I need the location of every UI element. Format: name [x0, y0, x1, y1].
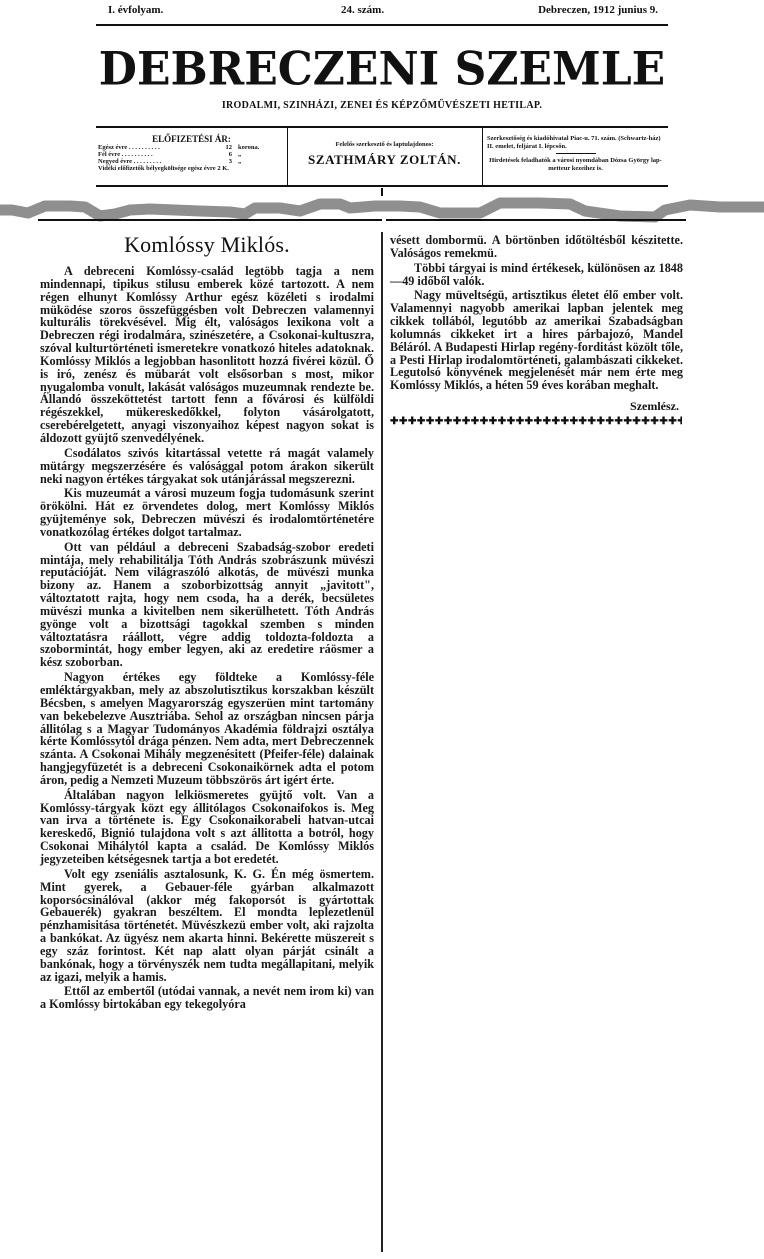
- ads-note: Hirdetések feladhatók a városi nyomdában…: [483, 157, 668, 172]
- article-paragraph: Ott van például a debreceni Szabadság-sz…: [40, 541, 374, 669]
- editor-box: Felelős szerkesztő és laptulajdonos: SZA…: [287, 128, 483, 185]
- subscription-title: ELŐFIZETÉSI ÁR:: [96, 134, 287, 144]
- editor-name: SZATHMÁRY ZOLTÁN.: [287, 152, 482, 168]
- column-rule-right: [386, 219, 686, 221]
- office-divider: [556, 153, 596, 154]
- article-paragraph: Kis muzeumát a városi muzeum fogja tudom…: [40, 487, 374, 538]
- subscription-box: ELŐFIZETÉSI ÁR: Egész évre . . . . . . .…: [96, 128, 288, 185]
- postage-note: Vidéki előfizetők bélyegköltsége egész é…: [96, 165, 287, 172]
- column-divider: [381, 232, 383, 1252]
- article-paragraph: Csodálatos szivós kitartással vetette rá…: [40, 447, 374, 486]
- office-box: Szerkesztőség és kiadóhivatal Piac-u. 71…: [483, 128, 668, 185]
- masthead-title: DEBRECZENI SZEMLE: [96, 45, 668, 95]
- article-paragraph: Volt egy zseniális asztalosunk, K. G. Én…: [40, 868, 374, 984]
- article-paragraph: vésett dombormü. A börtönben időtöltésbő…: [390, 234, 683, 260]
- header-rule: [96, 24, 668, 26]
- article-paragraph: Ettől az embertől (utódai vannak, a nevé…: [40, 985, 374, 1011]
- place-date: Debreczen, 1912 junius 9.: [538, 4, 658, 16]
- article-left-column: Komlóssy Miklós. A debreceni Komlóssy-cs…: [40, 232, 374, 1011]
- article-paragraph: Nagy müveltségü, artisztikus életet élő …: [390, 289, 683, 392]
- article-paragraph: Nagyon értékes egy földteke a Komlóssy-f…: [40, 671, 374, 787]
- article-paragraph: Többi tárgyai is mind értékesek, különös…: [390, 262, 683, 288]
- article-title: Komlóssy Miklós.: [40, 232, 374, 258]
- price-row: Negyed évre . . . . . . . . . 3 „: [96, 158, 287, 165]
- masthead-subtitle: IRODALMI, SZINHÁZI, ZENEI ÉS KÉPZŐMŰVÉSZ…: [96, 100, 668, 111]
- price-row: Egész évre . . . . . . . . . . 12 korona…: [96, 144, 287, 151]
- section-separator: ✚✚✚✚✚✚✚✚✚✚✚✚✚✚✚✚✚✚✚✚✚✚✚✚✚✚✚✚✚✚✚✚✚✚✚✚✚: [390, 416, 682, 427]
- article-paragraph: A debreceni Komlóssy-család legtöbb tagj…: [40, 265, 374, 445]
- info-box: ELŐFIZETÉSI ÁR: Egész évre . . . . . . .…: [96, 126, 668, 187]
- issue-number: 24. szám.: [341, 4, 384, 16]
- editor-label: Felelős szerkesztő és laptulajdonos:: [287, 141, 482, 148]
- article-paragraph: Általában nagyon lelkiösmeretes gyüjtő v…: [40, 789, 374, 866]
- office-address: Szerkesztőség és kiadóhivatal Piac-u. 71…: [483, 128, 668, 150]
- author-signature: Szemlész.: [390, 399, 683, 414]
- price-row: Fél évre . . . . . . . . . . 6 „: [96, 151, 287, 158]
- volume-label: I. évfolyam.: [108, 4, 163, 16]
- article-right-column: vésett dombormü. A börtönben időtöltésbő…: [390, 234, 683, 427]
- dateline: I. évfolyam. 24. szám. Debreczen, 1912 j…: [96, 0, 668, 20]
- column-rule-left: [38, 219, 382, 221]
